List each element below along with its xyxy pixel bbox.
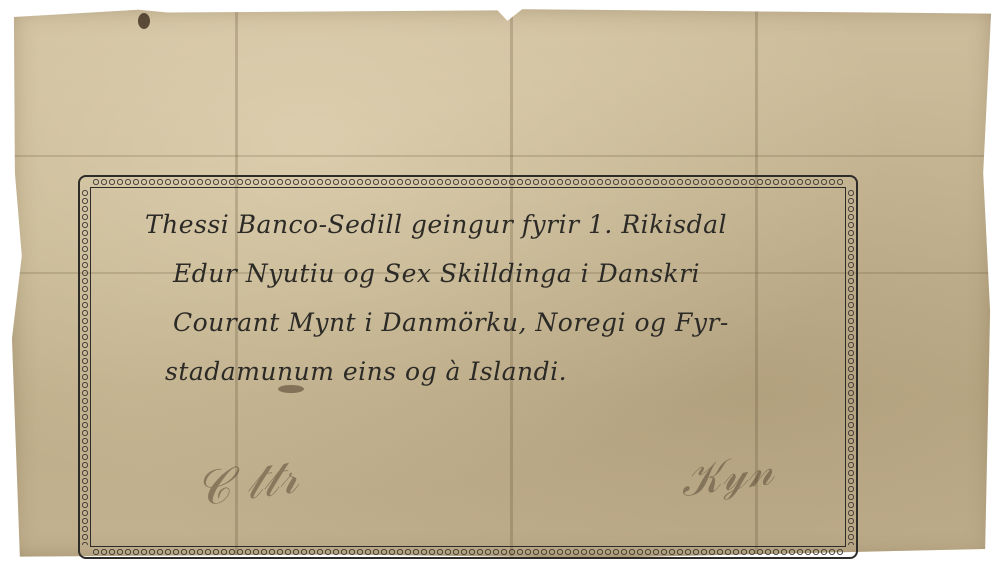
text-line-3: Courant Mynt i Danmörku, Noregi og Fyr- xyxy=(145,298,825,347)
text-line-1: Thessi Banco-Sedill geingur fyrir 1. Rik… xyxy=(145,200,825,249)
fold-line xyxy=(10,155,995,157)
note-text: Thessi Banco-Sedill geingur fyrir 1. Rik… xyxy=(145,200,825,396)
text-line-2: Edur Nyutiu og Sex Skilldinga i Danskri xyxy=(145,249,825,298)
border-chain-left xyxy=(81,189,89,545)
border-chain-top xyxy=(92,178,844,186)
ink-stain xyxy=(138,13,150,29)
text-line-4: stadamunum eins og à Islandi. xyxy=(145,347,825,396)
border-chain-right xyxy=(847,189,855,545)
border-chain-bottom xyxy=(92,548,844,556)
